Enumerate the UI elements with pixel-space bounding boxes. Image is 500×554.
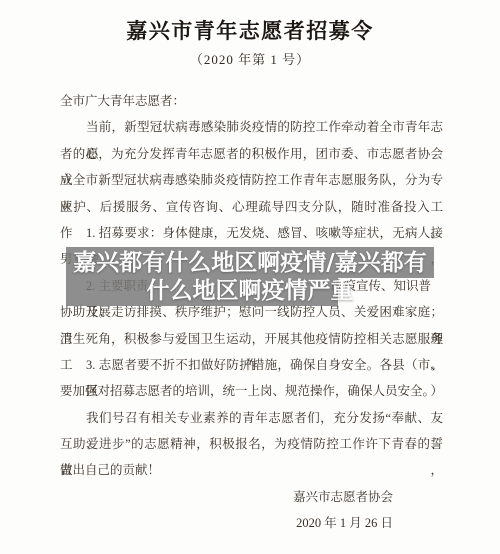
issue-number: （2020 年第 1 号） bbox=[0, 49, 500, 68]
body-line: 3. 志愿者要不折不扣做好防护措施，确保自身安全。各县（市、区） bbox=[60, 352, 443, 378]
signature-org: 嘉兴市志愿者协会 bbox=[60, 484, 443, 510]
document-body: 全市广大青年志愿者：当前，新型冠状病毒感染肺炎疫情的防控工作牵动着全市青年志愿者… bbox=[60, 88, 443, 537]
body-line: 者的心，为充分发挥青年志愿者的积极作用，团市委、市志愿者协会成 bbox=[60, 141, 443, 167]
body-line: 要加强对招募志愿者的培训，统一上岗、规范操作，确保人员安全。 bbox=[60, 378, 443, 404]
body-line: 互助、进步”的志愿精神，积极报名，为疫情防控工作许下青春的誓言， bbox=[60, 431, 443, 457]
body-line: 我们号召有相关专业素养的青年志愿者们，充分发扬“奉献、友爱、 bbox=[60, 405, 443, 431]
watermark-text-line1: 嘉兴都有什么地区啊疫情/嘉兴都有 bbox=[66, 247, 434, 278]
body-line: 立全市新型冠状病毒感染肺炎疫情防控工作青年志愿服务队，分为专业 bbox=[60, 167, 443, 193]
watermark-overlay: 嘉兴都有什么地区啊疫情/嘉兴都有 什么地区啊疫情严重 bbox=[66, 247, 434, 306]
scanned-document-page: { "header": { "title": "嘉兴市青年志愿者招募令", "i… bbox=[0, 0, 500, 554]
body-line: 卫生死角，积极参与爱国卫生运动，开展其他疫情防控相关志愿服务工作。 bbox=[60, 326, 443, 352]
document-title: 嘉兴市青年志愿者招募令 bbox=[0, 15, 500, 45]
signature-date: 2020 年 1 月 26 日 bbox=[60, 510, 443, 536]
body-line: 1. 招募要求：身体健康，无发烧、感冒、咳嗽等症状，无病人接触史， bbox=[60, 220, 443, 246]
body-line: 医护、后援服务、宣传咨询、心理疏导四支分队，随时准备投入工作。 bbox=[60, 194, 443, 220]
body-line: 全市广大青年志愿者： bbox=[60, 88, 443, 114]
body-line: 当前，新型冠状病毒感染肺炎疫情的防控工作牵动着全市青年志愿 bbox=[60, 114, 443, 140]
watermark-text-line2: 什么地区啊疫情严重 bbox=[66, 277, 434, 305]
